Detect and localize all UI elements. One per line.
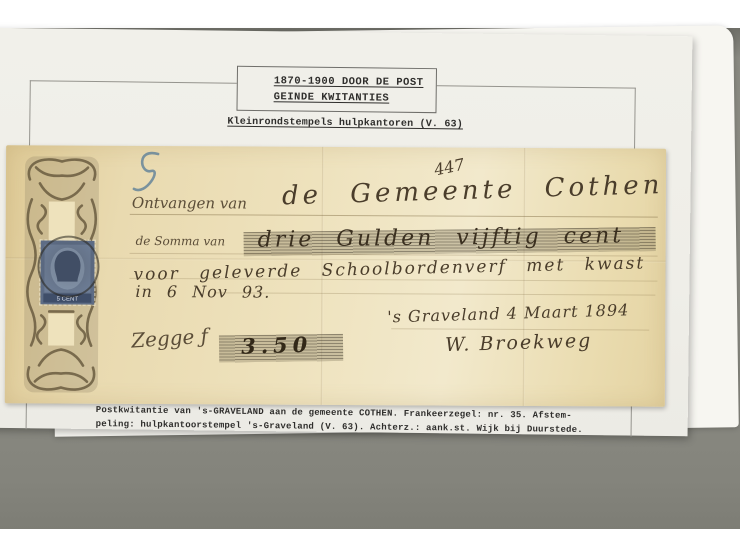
- printed-received-from: Ontvangen van: [132, 194, 247, 213]
- title-line2: GEINDE KWITANTIES: [274, 89, 436, 107]
- written-sum: drie Gulden vijftig cent: [258, 223, 625, 252]
- printed-rule: [215, 292, 655, 295]
- blue-ink-mark: [124, 150, 176, 198]
- printed-amount-label: Zegge ƒ: [130, 324, 208, 353]
- photo-of-album-page: 1870-1900 DOOR DE POST GEINDE KWITANTIES…: [0, 0, 740, 557]
- written-amount: 3.50: [241, 332, 313, 359]
- title-box: 1870-1900 DOOR DE POST GEINDE KWITANTIES: [236, 66, 437, 113]
- receipt-document: 5 CENT 447 Ontvangen van de Gemeente Cot…: [5, 145, 666, 406]
- postmark-icon: [37, 235, 99, 297]
- album-page: 1870-1900 DOOR DE POST GEINDE KWITANTIES…: [0, 28, 692, 437]
- written-signature: W. Broekweg: [445, 330, 593, 356]
- printed-rule: [130, 214, 658, 218]
- written-received-from: de Gemeente Cothen: [282, 170, 664, 211]
- written-place-date: 's Graveland 4 Maart 1894: [387, 300, 630, 326]
- title-line1: 1870-1900 DOOR DE POST: [274, 73, 436, 91]
- printed-sum-label: de Somma van: [136, 234, 226, 248]
- printed-rule: [391, 328, 649, 330]
